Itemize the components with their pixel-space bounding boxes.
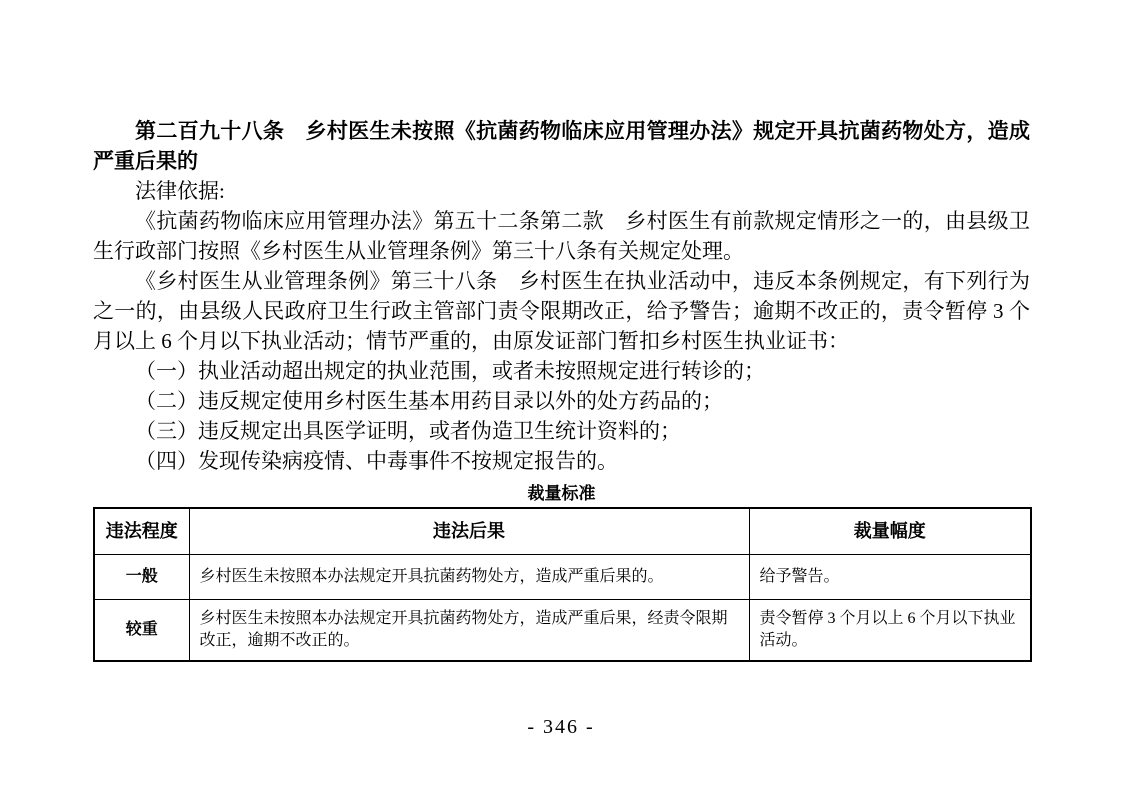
table-header-row: 违法程度 违法后果 裁量幅度 [94, 508, 1031, 554]
table-row: 一般 乡村医生未按照本办法规定开具抗菌药物处方，造成严重后果的。 给予警告。 [94, 554, 1031, 599]
violation-item-4: （四）发现传染病疫情、中毒事件不按规定报告的。 [93, 446, 1030, 476]
violation-item-2: （二）违反规定使用乡村医生基本用药目录以外的处方药品的； [93, 386, 1030, 416]
legal-basis-paragraph-1: 《抗菌药物临床应用管理办法》第五十二条第二款 乡村医生有前款规定情形之一的，由县… [93, 206, 1030, 266]
ruling-table-title: 裁量标准 [93, 484, 1030, 504]
cell-consequence-normal: 乡村医生未按照本办法规定开具抗菌药物处方，造成严重后果的。 [189, 554, 749, 599]
cell-level-normal: 一般 [94, 554, 189, 599]
page-number: - 346 - [0, 716, 1122, 739]
table-row: 较重 乡村医生未按照本办法规定开具抗菌药物处方，造成严重后果，经责令限期改正，逾… [94, 599, 1031, 661]
header-violation-consequence: 违法后果 [189, 508, 749, 554]
cell-discretion-heavier: 责令暂停 3 个月以上 6 个月以下执业活动。 [749, 599, 1031, 661]
header-violation-level: 违法程度 [94, 508, 189, 554]
legal-basis-paragraph-2: 《乡村医生从业管理条例》第三十八条 乡村医生在执业活动中，违反本条例规定，有下列… [93, 266, 1030, 356]
document-content: 第二百九十八条 乡村医生未按照《抗菌药物临床应用管理办法》规定开具抗菌药物处方，… [93, 116, 1030, 662]
cell-consequence-heavier: 乡村医生未按照本办法规定开具抗菌药物处方，造成严重后果，经责令限期改正，逾期不改… [189, 599, 749, 661]
violation-item-3: （三）违反规定出具医学证明，或者伪造卫生统计资料的； [93, 416, 1030, 446]
ruling-standard-table: 违法程度 违法后果 裁量幅度 一般 乡村医生未按照本办法规定开具抗菌药物处方，造… [93, 507, 1032, 662]
article-heading: 第二百九十八条 乡村医生未按照《抗菌药物临床应用管理办法》规定开具抗菌药物处方，… [93, 116, 1030, 176]
cell-discretion-normal: 给予警告。 [749, 554, 1031, 599]
violation-item-1: （一）执业活动超出规定的执业范围，或者未按照规定进行转诊的； [93, 356, 1030, 386]
header-discretion-range: 裁量幅度 [749, 508, 1031, 554]
document-page: 第二百九十八条 乡村医生未按照《抗菌药物临床应用管理办法》规定开具抗菌药物处方，… [0, 0, 1122, 793]
legal-basis-label: 法律依据: [93, 176, 1030, 206]
cell-level-heavier: 较重 [94, 599, 189, 661]
